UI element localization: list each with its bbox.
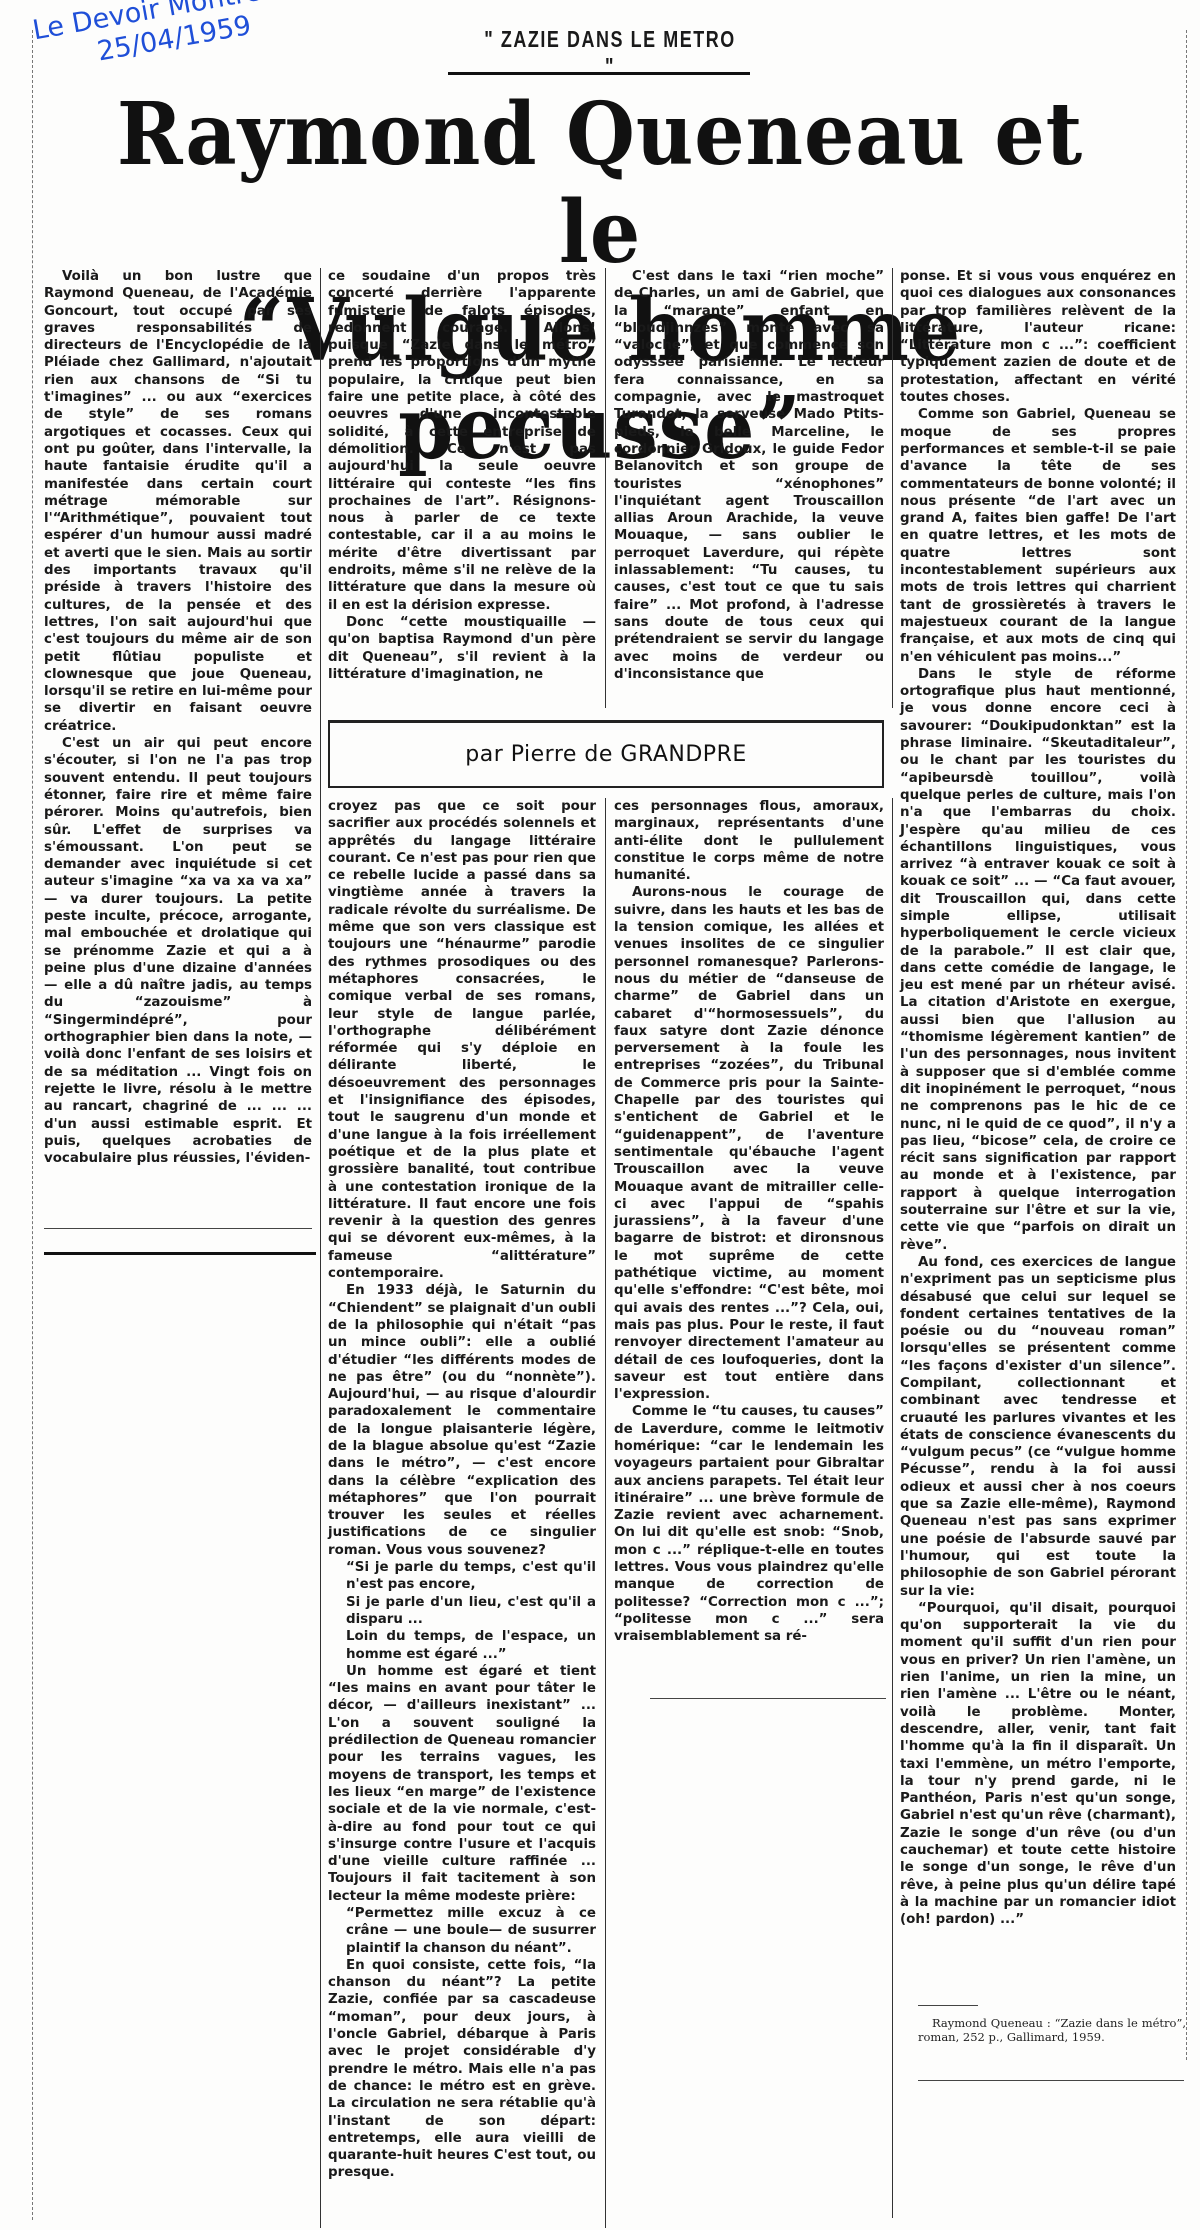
paragraph: Comme le “tu causes, tu causes” de Laver… (614, 1403, 884, 1645)
column-3-bottom: ces personnages flous, amoraux, marginau… (614, 798, 884, 1646)
footnote-text: Raymond Queneau : “Zazie dans le métro”,… (918, 2016, 1186, 2044)
paragraph: C'est dans le taxi “rien moche” de Charl… (614, 268, 884, 683)
verse-line: Si je parle d'un lieu, c'est qu'il a dis… (328, 1594, 596, 1629)
column-divider-1 (320, 268, 321, 2228)
column-4-end-rule (918, 2080, 1184, 2081)
verse-quote: “Permettez mille excuz à ce crâne — une … (328, 1905, 596, 1957)
column-divider-2-top (605, 268, 606, 708)
paragraph: En quoi consiste, cette fois, “la chanso… (328, 1957, 596, 2182)
verse-line: Loin du temps, de l'espace, un homme est… (328, 1628, 596, 1663)
kicker-underline (448, 72, 750, 75)
paragraph: “Pourquoi, qu'il disait, pourquoi qu'on … (900, 1600, 1176, 1929)
newspaper-clipping: Le Devoir Montréal 25/04/1959 " ZAZIE DA… (0, 0, 1200, 2230)
column-3-end-rule (650, 1698, 886, 1699)
column-1-end-rule (44, 1228, 312, 1229)
paragraph: En 1933 déjà, le Saturnin du “Chiendent”… (328, 1282, 596, 1559)
paragraph: Comme son Gabriel, Queneau se moque de s… (900, 406, 1176, 665)
byline-box: par Pierre de GRANDPRE (328, 720, 884, 788)
column-3-top: C'est dans le taxi “rien moche” de Charl… (614, 268, 884, 683)
column-2-bottom: croyez pas que ce soit pour sacrifier au… (328, 798, 596, 2182)
paragraph: Voilà un bon lustre que Raymond Queneau,… (44, 268, 312, 735)
clipping-border-left (32, 30, 33, 2220)
footnote-rule (918, 2005, 978, 2006)
column-divider-2-bottom (605, 798, 606, 2228)
paragraph: ponse. Et si vous vous enquérez en quoi … (900, 268, 1176, 406)
paragraph: Aurons-nous le courage de suivre, dans l… (614, 884, 884, 1403)
byline: par Pierre de GRANDPRE (465, 742, 747, 767)
paragraph: ce soudaine d'un propos très concerté de… (328, 268, 596, 614)
column-4: ponse. Et si vous vous enquérez en quoi … (900, 268, 1176, 1929)
column-1: Voilà un bon lustre que Raymond Queneau,… (44, 268, 312, 1167)
column-divider-3-bottom (892, 798, 893, 2218)
paragraph: Un homme est égaré et tient “les mains e… (328, 1663, 596, 1905)
archive-stamp: Le Devoir Montréal 25/04/1959 (6, 0, 315, 83)
column-2-top: ce soudaine d'un propos très concerté de… (328, 268, 596, 683)
paragraph: Au fond, ces exercices de langue n'expri… (900, 1254, 1176, 1600)
paragraph: ces personnages flous, amoraux, marginau… (614, 798, 884, 884)
verse-line: “Si je parle du temps, c'est qu'il n'est… (328, 1559, 596, 1594)
column-divider-3-top (892, 268, 893, 708)
headline-line-1: Raymond Queneau et le (103, 86, 1097, 282)
paragraph: croyez pas que ce soit pour sacrifier au… (328, 798, 596, 1282)
paragraph: Dans le style de réforme ortografique pl… (900, 666, 1176, 1254)
book-reference-footnote: Raymond Queneau : “Zazie dans le métro”,… (918, 2016, 1186, 2044)
paragraph: Donc “cette moustiquaille — qu'on baptis… (328, 614, 596, 683)
clipping-border-right (1186, 30, 1187, 2060)
column-1-end-rule-thick (44, 1252, 316, 1255)
paragraph: C'est un air qui peut encore s'écouter, … (44, 735, 312, 1167)
